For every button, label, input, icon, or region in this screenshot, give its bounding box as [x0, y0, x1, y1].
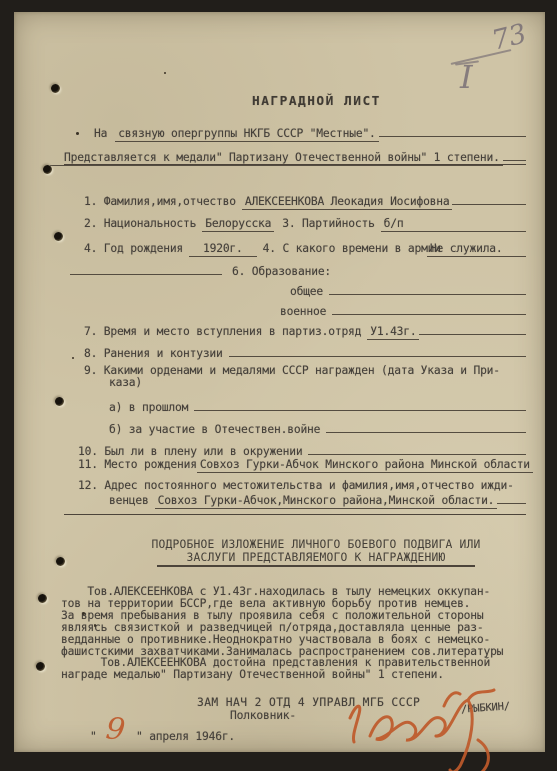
awards-past-label: а) в прошлом: [109, 401, 188, 414]
captivity-underline: [308, 442, 526, 455]
birth-year-value: 1920г.: [189, 242, 257, 257]
recipient-value: связную опергруппы НКГБ СССР "Местные".: [115, 127, 378, 142]
party-value: б/п: [381, 217, 526, 232]
document-title: НАГРАДНОЙ ЛИСТ: [252, 94, 381, 109]
form-item-birthplace: 11. Место рождения Совхоз Гурки-Абчок Ми…: [78, 458, 526, 473]
citation-line: ведданные о противнике.Неоднократно учас…: [61, 634, 503, 646]
awards-war-underline: [326, 420, 526, 433]
education-military-underline: [332, 302, 526, 315]
form-item-address: венцев Совхоз Гурки-Абчок,Минского район…: [109, 491, 526, 509]
partisan-join-value: У1.43г.: [367, 325, 419, 340]
address-label-line2: венцев: [109, 494, 149, 507]
form-item-awards-war: б) за участие в Отечествен.войне: [109, 420, 526, 436]
form-item-education: 6. Образование:: [70, 262, 370, 278]
date-rest: " апреля 1946г.: [136, 730, 235, 743]
citation-line: За время пребывания в тылу проявила себя…: [61, 610, 503, 622]
army-since-value: Не служила.: [427, 242, 526, 257]
partisan-join-label: 7. Время и место вступления в партиз.отр…: [84, 325, 361, 338]
awards-past-underline: [194, 398, 526, 411]
form-item-name: 1. Фамилия,имя,отчество АЛЕКСЕЕНКОВА Лео…: [84, 192, 526, 210]
recipient-underline: [379, 124, 526, 137]
name-underline: [452, 192, 526, 205]
birthplace-value: Совхоз Гурки-Абчок Минского района Минск…: [197, 458, 533, 473]
punch-hole: [43, 165, 52, 174]
form-item-captivity: 10. Был ли в плену или в окружении: [78, 442, 526, 458]
awards-war-label: б) за участие в Отечествен.войне: [109, 423, 320, 436]
signature-autograph: [326, 684, 516, 771]
form-item-birth-year: 4. Год рождения 1920г. 4. С какого време…: [84, 242, 526, 257]
form-item-awards-past: а) в прошлом: [109, 398, 526, 414]
education-lead-underline: [70, 262, 222, 275]
birth-year-label: 4. Год рождения: [84, 242, 183, 255]
captivity-label: 10. Был ли в плену или в окружении: [78, 445, 302, 458]
paper-speck: [82, 612, 85, 615]
paper-speck: [94, 624, 96, 627]
recipient-label: На: [94, 127, 107, 140]
section-heading: ПОДРОБНОЕ ИЗЛОЖЕНИЕ ЛИЧНОГО БОЕВОГО ПОДВ…: [144, 538, 488, 564]
education-general-label: общее: [290, 285, 323, 298]
paper-speck: [72, 357, 74, 359]
name-label: 1. Фамилия,имя,отчество: [84, 195, 236, 208]
document-paper: 73 I НАГРАДНОЙ ЛИСТ На связную опергрупп…: [14, 12, 545, 752]
form-item-partisan-join: 7. Время и место вступления в партиз.отр…: [84, 322, 526, 340]
handwritten-day: 9: [104, 711, 127, 748]
nationality-value: Белорусска: [202, 217, 274, 232]
wounds-underline: [229, 344, 526, 357]
awards-label-line2: каза): [109, 376, 142, 389]
form-item-wounds: 8. Ранения и контузии: [84, 344, 526, 360]
birthplace-label: 11. Место рождения: [78, 458, 197, 471]
punch-hole: [56, 557, 65, 566]
address-underline: [497, 491, 526, 504]
medal-line-underline: [503, 148, 526, 161]
education-general-underline: [329, 282, 526, 295]
punch-hole: [54, 232, 63, 241]
section-heading-line2: ЗАСЛУГИ ПРЕДСТАВЛЯЕМОГО К НАГРАЖДЕНИЮ: [144, 551, 488, 564]
signatory-title-line2: Полковник-: [230, 709, 296, 722]
date-open-quote: ": [90, 730, 97, 743]
citation-line: награде медалью" Партизану Отечественной…: [61, 669, 503, 681]
form-item-education-general: общее: [290, 282, 526, 298]
awards-label-line1: 9. Какими орденами и медалями СССР награ…: [84, 364, 500, 377]
party-label: 3. Партийность: [282, 217, 374, 230]
blank-rule: [64, 514, 526, 515]
punch-hole: [51, 84, 60, 93]
header-line-recipient: На связную опергруппы НКГБ СССР "Местные…: [94, 124, 526, 142]
section-heading-line1: ПОДРОБНОЕ ИЗЛОЖЕНИЕ ЛИЧНОГО БОЕВОГО ПОДВ…: [144, 538, 488, 551]
wounds-label: 8. Ранения и контузии: [84, 347, 223, 360]
form-item-education-military: военное: [280, 302, 526, 318]
army-since-label: 4. С какого времени в армии: [263, 242, 441, 255]
scanned-document-page: { "colors": { "paper": "#cfc4a6", "ink":…: [0, 0, 557, 771]
citation-line: являясь связисткой и разведчицей п/отряд…: [61, 622, 503, 634]
form-item-nationality: 2. Национальность Белорусска 3. Партийно…: [84, 217, 526, 232]
name-value: АЛЕКСЕЕНКОВА Леокадия Иосифовна: [242, 195, 453, 210]
address-value: Совхоз Гурки-Абчок,Минского района,Минск…: [155, 494, 498, 509]
section-heading-underline: [157, 565, 475, 567]
nationality-label: 2. Национальность: [84, 217, 196, 230]
section-divider-top: [64, 164, 526, 165]
partisan-join-underline: [419, 322, 526, 335]
punch-hole: [38, 594, 47, 603]
punch-hole: [36, 662, 45, 671]
education-label: 6. Образование:: [232, 265, 331, 278]
paper-speck: [76, 132, 79, 135]
paper-speck: [164, 72, 166, 74]
citation-text: Тов.АЛЕКСЕЕНКОВА с У1.43г.находилась в т…: [61, 586, 503, 681]
punch-hole: [55, 397, 64, 406]
education-military-label: военное: [280, 305, 326, 318]
